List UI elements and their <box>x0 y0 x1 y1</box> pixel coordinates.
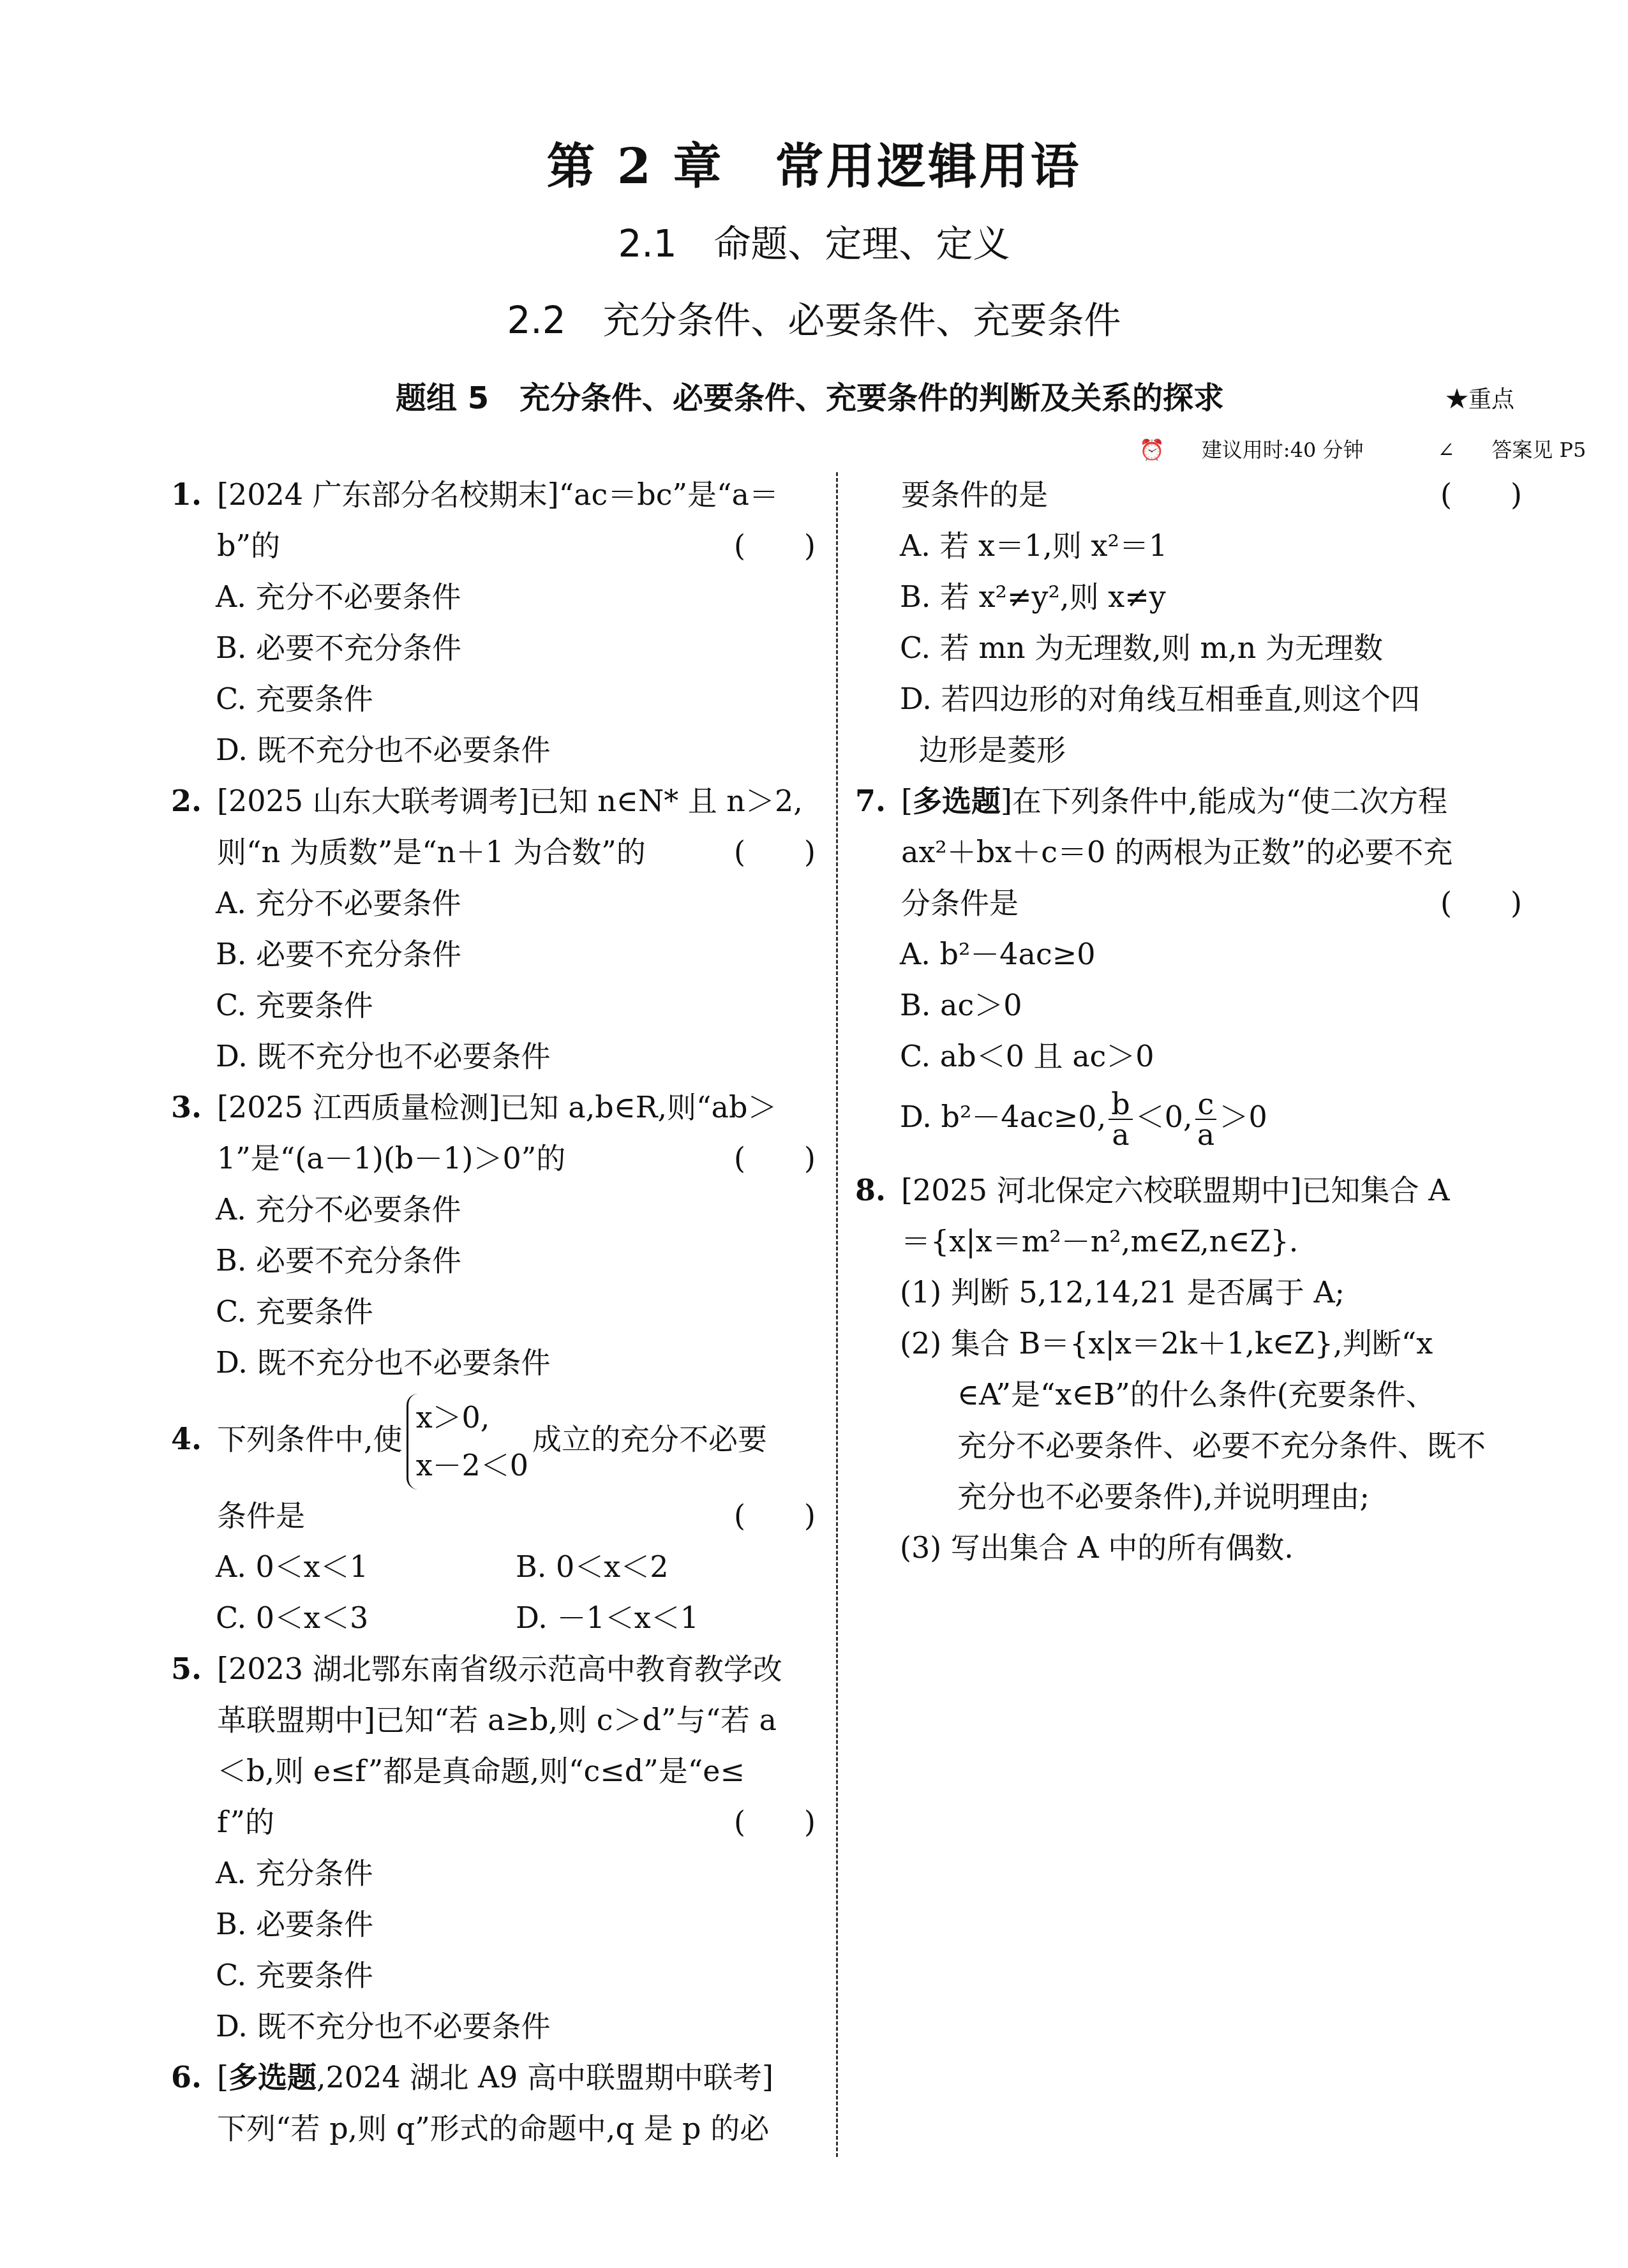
option-b: B. 必要不充分条件 <box>171 929 816 980</box>
sub-question-2-cont: ∈A”是“x∈B”的什么条件(充要条件、 <box>855 1369 1522 1420</box>
option-d: D. b²－4ac≥0,ba＜0,ca＞0 <box>855 1082 1522 1152</box>
question-text: 则“n 为质数”是“n＋1 为合数”的( ) <box>217 826 816 877</box>
question-number: 5. <box>171 1643 202 1694</box>
left-column: 1. [2024 广东部分名校期末]“ac＝bc”是“a＝ b”的( ) A. … <box>171 469 816 2154</box>
question-text: 革联盟期中]已知“若 a≥b,则 c＞d”与“若 a <box>217 1694 816 1745</box>
answer-check-icon: ∠ <box>1438 438 1455 462</box>
question-text: 要条件的是( ) <box>901 469 1522 520</box>
option-a: A. b²－4ac≥0 <box>855 929 1522 980</box>
question-8: 8. [2025 河北保定六校联盟期中]已知集合 A ＝{x|x＝m²－n²,m… <box>855 1165 1522 1267</box>
section-title-2-2: 2.2 充分条件、必要条件、充要条件 <box>0 290 1628 344</box>
answer-blank[interactable]: ( ) <box>734 1133 816 1184</box>
option-d: D. 既不充分也不必要条件 <box>171 2001 816 2052</box>
sub-question-2-cont: 充分也不必要条件),并说明理由; <box>855 1471 1522 1522</box>
question-text: [2025 江西质量检测]已知 a,b∈R,则“ab＞ <box>217 1082 816 1133</box>
option-c: C. 若 mn 为无理数,则 m,n 为无理数 <box>855 622 1522 673</box>
answer-blank[interactable]: ( ) <box>1440 877 1522 929</box>
option-b: B. 必要条件 <box>171 1899 816 1950</box>
question-number: 3. <box>171 1082 202 1133</box>
question-7: 7. [多选题]在下列条件中,能成为“使二次方程 ax²＋bx＋c＝0 的两根为… <box>855 775 1522 929</box>
option-d-cont: 边形是菱形 <box>855 724 1522 775</box>
option-c: C. ab＜0 且 ac＞0 <box>855 1031 1522 1082</box>
group-title: 题组 5 充分条件、必要条件、充要条件的判断及关系的探求 <box>396 373 1224 417</box>
question-text: 分条件是( ) <box>901 877 1522 929</box>
question-text: [2024 广东部分名校期末]“ac＝bc”是“a＝ <box>217 469 816 520</box>
question-text: ax²＋bx＋c＝0 的两根为正数”的必要不充 <box>901 826 1522 877</box>
option-a: A. 0＜x＜1 <box>216 1541 516 1592</box>
question-number: 8. <box>855 1165 886 1216</box>
question-text: b”的( ) <box>217 520 816 571</box>
option-a: A. 充分不必要条件 <box>171 571 816 622</box>
suggested-time: 建议用时:40 分钟 <box>1202 438 1364 462</box>
option-a: A. 充分条件 <box>171 1847 816 1899</box>
question-number: 2. <box>171 775 202 826</box>
option-b: B. 必要不充分条件 <box>171 622 816 673</box>
question-2: 2. [2025 山东大联考调考]已知 n∈N* 且 n＞2, 则“n 为质数”… <box>171 775 816 877</box>
meta-info: ⏰建议用时:40 分钟∠答案见 P5 <box>1139 434 1623 463</box>
question-text: 条件是( ) <box>217 1490 816 1541</box>
column-divider <box>836 472 838 2157</box>
option-a: A. 若 x＝1,则 x²＝1 <box>855 520 1522 571</box>
question-text: [多选题]在下列条件中,能成为“使二次方程 <box>901 775 1522 826</box>
answer-blank[interactable]: ( ) <box>734 1490 816 1541</box>
answer-blank[interactable]: ( ) <box>734 1796 816 1847</box>
options-row: C. 0＜x＜3D. －1＜x＜1 <box>171 1592 816 1643</box>
right-column: 要条件的是( ) A. 若 x＝1,则 x²＝1 B. 若 x²≠y²,则 x≠… <box>855 469 1522 1573</box>
answer-blank[interactable]: ( ) <box>734 520 816 571</box>
question-number: 1. <box>171 469 202 520</box>
multi-choice-tag: 多选题 <box>913 784 1001 818</box>
multi-choice-tag: 多选题 <box>228 2060 317 2094</box>
question-text: 下列条件中,使x＞0,x－2＜0成立的充分不必要 <box>217 1388 816 1490</box>
sub-question-3: (3) 写出集合 A 中的所有偶数. <box>855 1522 1522 1573</box>
question-text: [2023 湖北鄂东南省级示范高中教育教学改 <box>217 1643 816 1694</box>
fraction-c-over-a: ca <box>1195 1089 1217 1149</box>
question-1: 1. [2024 广东部分名校期末]“ac＝bc”是“a＝ b”的( ) <box>171 469 816 571</box>
option-c: C. 充要条件 <box>171 980 816 1031</box>
option-d: D. 既不充分也不必要条件 <box>171 1031 816 1082</box>
question-text: ＜b,则 e≤f”都是真命题,则“c≤d”是“e≤ <box>217 1745 816 1796</box>
option-a: A. 充分不必要条件 <box>171 1184 816 1235</box>
option-b: B. ac＞0 <box>855 980 1522 1031</box>
question-number: 6. <box>171 2052 202 2103</box>
question-text: [2025 河北保定六校联盟期中]已知集合 A <box>901 1165 1522 1216</box>
fraction-b-over-a: ba <box>1109 1089 1132 1149</box>
inequality-system: x＞0,x－2＜0 <box>407 1394 528 1489</box>
key-point-badge: ★重点 <box>1445 382 1514 414</box>
question-3: 3. [2025 江西质量检测]已知 a,b∈R,则“ab＞ 1”是“(a－1)… <box>171 1082 816 1184</box>
option-d: D. －1＜x＜1 <box>516 1592 816 1643</box>
option-d: D. 若四边形的对角线互相垂直,则这个四 <box>855 673 1522 724</box>
sub-question-2-cont: 充分不必要条件、必要不充分条件、既不 <box>855 1420 1522 1471</box>
option-d: D. 既不充分也不必要条件 <box>171 724 816 775</box>
question-text: 下列“若 p,则 q”形式的命题中,q 是 p 的必 <box>217 2103 816 2154</box>
option-b: B. 0＜x＜2 <box>516 1541 816 1592</box>
section-title-2-1: 2.1 命题、定理、定义 <box>0 214 1628 267</box>
question-number: 4. <box>171 1388 202 1490</box>
sub-question-2: (2) 集合 B＝{x|x＝2k＋1,k∈Z},判断“x <box>855 1318 1522 1369</box>
answer-ref: 答案见 P5 <box>1491 438 1586 462</box>
question-6-cont: 要条件的是( ) <box>855 469 1522 520</box>
question-5: 5. [2023 湖北鄂东南省级示范高中教育教学改 革联盟期中]已知“若 a≥b… <box>171 1643 816 1847</box>
option-c: C. 充要条件 <box>171 1286 816 1337</box>
option-c: C. 充要条件 <box>171 1950 816 2001</box>
option-d: D. 既不充分也不必要条件 <box>171 1337 816 1388</box>
question-6: 6. [多选题,2024 湖北 A9 高中联盟期中联考] 下列“若 p,则 q”… <box>171 2052 816 2154</box>
answer-blank[interactable]: ( ) <box>1440 469 1522 520</box>
option-c: C. 充要条件 <box>171 673 816 724</box>
alarm-clock-icon: ⏰ <box>1139 438 1165 462</box>
question-text: ＝{x|x＝m²－n²,m∈Z,n∈Z}. <box>901 1216 1522 1267</box>
sub-question-1: (1) 判断 5,12,14,21 是否属于 A; <box>855 1267 1522 1318</box>
option-a: A. 充分不必要条件 <box>171 877 816 929</box>
question-text: [多选题,2024 湖北 A9 高中联盟期中联考] <box>217 2052 816 2103</box>
chapter-title: 第 2 章 常用逻辑用语 <box>0 128 1628 197</box>
options-row: A. 0＜x＜1B. 0＜x＜2 <box>171 1541 816 1592</box>
option-b: B. 若 x²≠y²,则 x≠y <box>855 571 1522 622</box>
option-b: B. 必要不充分条件 <box>171 1235 816 1286</box>
question-4: 4. 下列条件中,使x＞0,x－2＜0成立的充分不必要 条件是( ) <box>171 1388 816 1541</box>
question-text: [2025 山东大联考调考]已知 n∈N* 且 n＞2, <box>217 775 816 826</box>
question-number: 7. <box>855 775 886 826</box>
answer-blank[interactable]: ( ) <box>734 826 816 877</box>
question-text: 1”是“(a－1)(b－1)＞0”的( ) <box>217 1133 816 1184</box>
option-c: C. 0＜x＜3 <box>216 1592 516 1643</box>
question-text: f”的( ) <box>217 1796 816 1847</box>
